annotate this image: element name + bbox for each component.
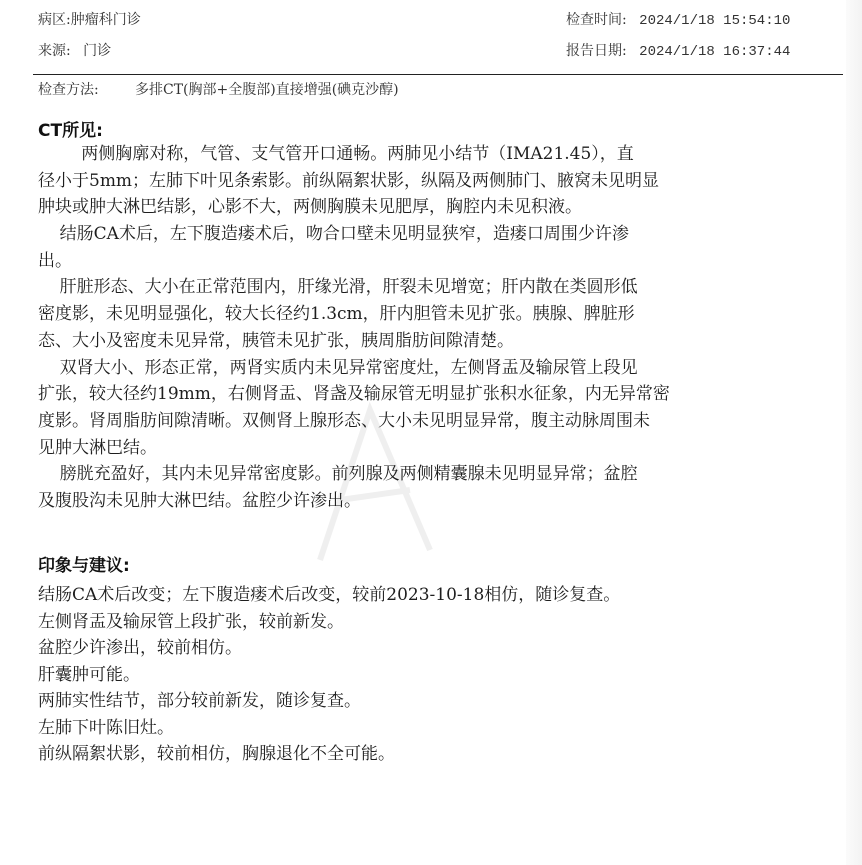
impression-line: 前纵隔絮状影，较前相仿，胸腺退化不全可能。 bbox=[38, 741, 620, 768]
exam-method: 检查方法:多排CT(胸部+全腹部)直接增强(碘克沙醇) bbox=[38, 79, 399, 99]
findings-line: 扩张，较大径约19mm，右侧肾盂、肾盏及输尿管无明显扩张积水征象，内无异常密 bbox=[38, 381, 813, 408]
impression-line: 左侧肾盂及输尿管上段扩张，较前新发。 bbox=[38, 609, 620, 636]
findings-line: 肿块或肿大淋巴结影，心影不大，两侧胸膜未见肥厚，胸腔内未见积液。 bbox=[38, 194, 813, 221]
findings-line: 态、大小及密度未见异常，胰管未见扩张，胰周脂肪间隙清楚。 bbox=[38, 328, 813, 355]
exam-time-field: 检查时间: 2024/1/18 15:54:10 bbox=[566, 9, 790, 29]
impression-line: 结肠CA术后改变；左下腹造瘘术后改变，较前2023-10-18相仿，随诊复查。 bbox=[38, 582, 620, 609]
source-label: 来源: bbox=[38, 43, 71, 59]
impression-line: 两肺实性结节，部分较前新发，随诊复查。 bbox=[38, 688, 620, 715]
page-edge-shadow bbox=[846, 0, 862, 865]
findings-line: 度影。肾周脂肪间隙清晰。双侧肾上腺形态、大小未见明显异常，腹主动脉周围未 bbox=[38, 408, 813, 435]
impression-body: 结肠CA术后改变；左下腹造瘘术后改变，较前2023-10-18相仿，随诊复查。 … bbox=[38, 582, 620, 768]
impression-line: 左肺下叶陈旧灶。 bbox=[38, 715, 620, 742]
findings-line: 密度影，未见明显强化，较大长径约1.3cm，肝内胆管未见扩张。胰腺、脾脏形 bbox=[38, 301, 813, 328]
ward-label: 病区: bbox=[38, 12, 71, 28]
ward-field: 病区:肿瘤科门诊 bbox=[38, 9, 141, 29]
findings-line: 肝脏形态、大小在正常范围内，肝缘光滑，肝裂未见增宽；肝内散在类圆形低 bbox=[38, 274, 813, 301]
impression-title: 印象与建议: bbox=[38, 551, 130, 576]
source-value: 门诊 bbox=[83, 43, 111, 59]
findings-body: 两侧胸廓对称，气管、支气管开口通畅。两肺见小结节（IMA21.45），直 径小于… bbox=[38, 141, 813, 515]
exam-time-label: 检查时间: bbox=[566, 12, 627, 28]
exam-method-label: 检查方法: bbox=[38, 79, 135, 99]
ward-value: 肿瘤科门诊 bbox=[71, 12, 141, 28]
findings-line: 结肠CA术后，左下腹造瘘术后，吻合口壁未见明显狭窄，造瘘口周围少许渗 bbox=[38, 221, 813, 248]
findings-line: 见肿大淋巴结。 bbox=[38, 435, 813, 462]
exam-method-value: 多排CT(胸部+全腹部)直接增强(碘克沙醇) bbox=[135, 82, 399, 98]
impression-line: 盆腔少许渗出，较前相仿。 bbox=[38, 635, 620, 662]
report-date-label: 报告日期: bbox=[566, 43, 627, 59]
findings-title: CT所见: bbox=[38, 116, 103, 141]
report-date-value: 2024/1/18 16:37:44 bbox=[639, 44, 790, 60]
report-date-field: 报告日期: 2024/1/18 16:37:44 bbox=[566, 40, 790, 60]
findings-line: 径小于5mm；左肺下叶见条索影。前纵隔絮状影，纵隔及两侧肺门、腋窝未见明显 bbox=[38, 168, 813, 195]
findings-line: 两侧胸廓对称，气管、支气管开口通畅。两肺见小结节（IMA21.45），直 bbox=[38, 141, 813, 168]
findings-line: 双肾大小、形态正常，两肾实质内未见异常密度灶，左侧肾盂及输尿管上段见 bbox=[38, 355, 813, 382]
source-field: 来源: 门诊 bbox=[38, 40, 111, 60]
findings-line: 出。 bbox=[38, 248, 813, 275]
findings-line: 膀胱充盈好，其内未见异常密度影。前列腺及两侧精囊腺未见明显异常；盆腔 bbox=[38, 461, 813, 488]
impression-line: 肝囊肿可能。 bbox=[38, 662, 620, 689]
findings-line: 及腹股沟未见肿大淋巴结。盆腔少许渗出。 bbox=[38, 488, 813, 515]
header-divider bbox=[33, 74, 843, 75]
exam-time-value: 2024/1/18 15:54:10 bbox=[639, 13, 790, 29]
